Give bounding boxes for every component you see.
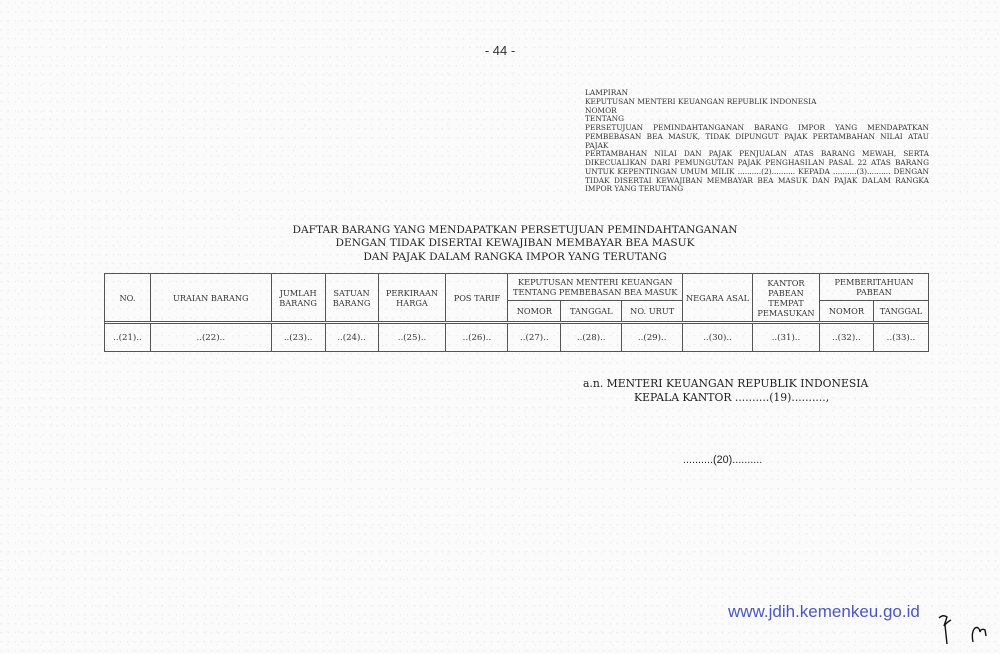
cell-pemberitahuan-tanggal: ..(33).. bbox=[873, 324, 928, 352]
header-keputusan-tanggal: TANGGAL bbox=[561, 301, 622, 322]
goods-table: NO. URAIAN BARANG JUMLAH BARANG SATUAN B… bbox=[104, 273, 929, 352]
website-link[interactable]: www.jdih.kemenkeu.go.id bbox=[728, 602, 920, 622]
cell-negara: ..(30).. bbox=[683, 324, 753, 352]
header-jumlah-barang: JUMLAH BARANG bbox=[271, 274, 325, 322]
lampiran-nomor: NOMOR bbox=[585, 107, 929, 116]
page-number: - 44 - bbox=[0, 43, 1000, 58]
lampiran-subject-line: PEMBEBASAN BEA MASUK, TIDAK DIPUNGUT PAJ… bbox=[585, 133, 929, 151]
cell-keputusan-tanggal: ..(28).. bbox=[561, 324, 622, 352]
signature-name: ..........(20).......... bbox=[683, 454, 762, 466]
cell-uraian: ..(22).. bbox=[150, 324, 271, 352]
title-line: DAN PAJAK DALAM RANGKA IMPOR YANG TERUTA… bbox=[250, 251, 780, 264]
signature-position: KEPALA KANTOR ..........(19).........., bbox=[634, 391, 829, 404]
title-line: DAFTAR BARANG YANG MENDAPATKAN PERSETUJU… bbox=[250, 224, 780, 237]
cell-pos-tarif: ..(26).. bbox=[446, 324, 508, 352]
cell-kantor: ..(31).. bbox=[753, 324, 820, 352]
initials-mark-icon bbox=[935, 608, 995, 648]
header-kantor-pabean: KANTOR PABEAN TEMPAT PEMASUKAN bbox=[753, 274, 820, 322]
header-keputusan: KEPUTUSAN MENTERI KEUANGAN TENTANG PEMBE… bbox=[508, 274, 683, 301]
signature-on-behalf: a.n. MENTERI KEUANGAN REPUBLIK INDONESIA bbox=[583, 377, 868, 390]
header-pos-tarif: POS TARIF bbox=[446, 274, 508, 322]
cell-no: ..(21).. bbox=[105, 324, 151, 352]
cell-jumlah: ..(23).. bbox=[271, 324, 325, 352]
header-satuan-barang: SATUAN BARANG bbox=[325, 274, 378, 322]
header-uraian-barang: URAIAN BARANG bbox=[150, 274, 271, 322]
header-no: NO. bbox=[105, 274, 151, 322]
cell-satuan: ..(24).. bbox=[325, 324, 378, 352]
lampiran-header: LAMPIRAN KEPUTUSAN MENTERI KEUANGAN REPU… bbox=[585, 89, 929, 194]
cell-keputusan-nomor: ..(27).. bbox=[508, 324, 561, 352]
cell-perkiraan: ..(25).. bbox=[378, 324, 446, 352]
cell-keputusan-no-urut: ..(29).. bbox=[622, 324, 683, 352]
header-perkiraan-harga: PERKIRAAN HARGA bbox=[378, 274, 446, 322]
header-pemberitahuan-nomor: NOMOR bbox=[819, 301, 873, 322]
table-row: ..(21).. ..(22).. ..(23).. ..(24).. ..(2… bbox=[105, 324, 929, 352]
cell-pemberitahuan-nomor: ..(32).. bbox=[819, 324, 873, 352]
header-pemberitahuan-pabean: PEMBERITAHUAN PABEAN bbox=[819, 274, 928, 301]
header-pemberitahuan-tanggal: TANGGAL bbox=[873, 301, 928, 322]
header-keputusan-nomor: NOMOR bbox=[508, 301, 561, 322]
document-title: DAFTAR BARANG YANG MENDAPATKAN PERSETUJU… bbox=[250, 224, 780, 264]
header-negara-asal: NEGARA ASAL bbox=[683, 274, 753, 322]
title-line: DENGAN TIDAK DISERTAI KEWAJIBAN MEMBAYAR… bbox=[250, 237, 780, 250]
lampiran-decree: KEPUTUSAN MENTERI KEUANGAN REPUBLIK INDO… bbox=[585, 98, 929, 107]
lampiran-subject-line: IMPOR YANG TERUTANG bbox=[585, 185, 929, 194]
header-keputusan-no-urut: NO. URUT bbox=[622, 301, 683, 322]
